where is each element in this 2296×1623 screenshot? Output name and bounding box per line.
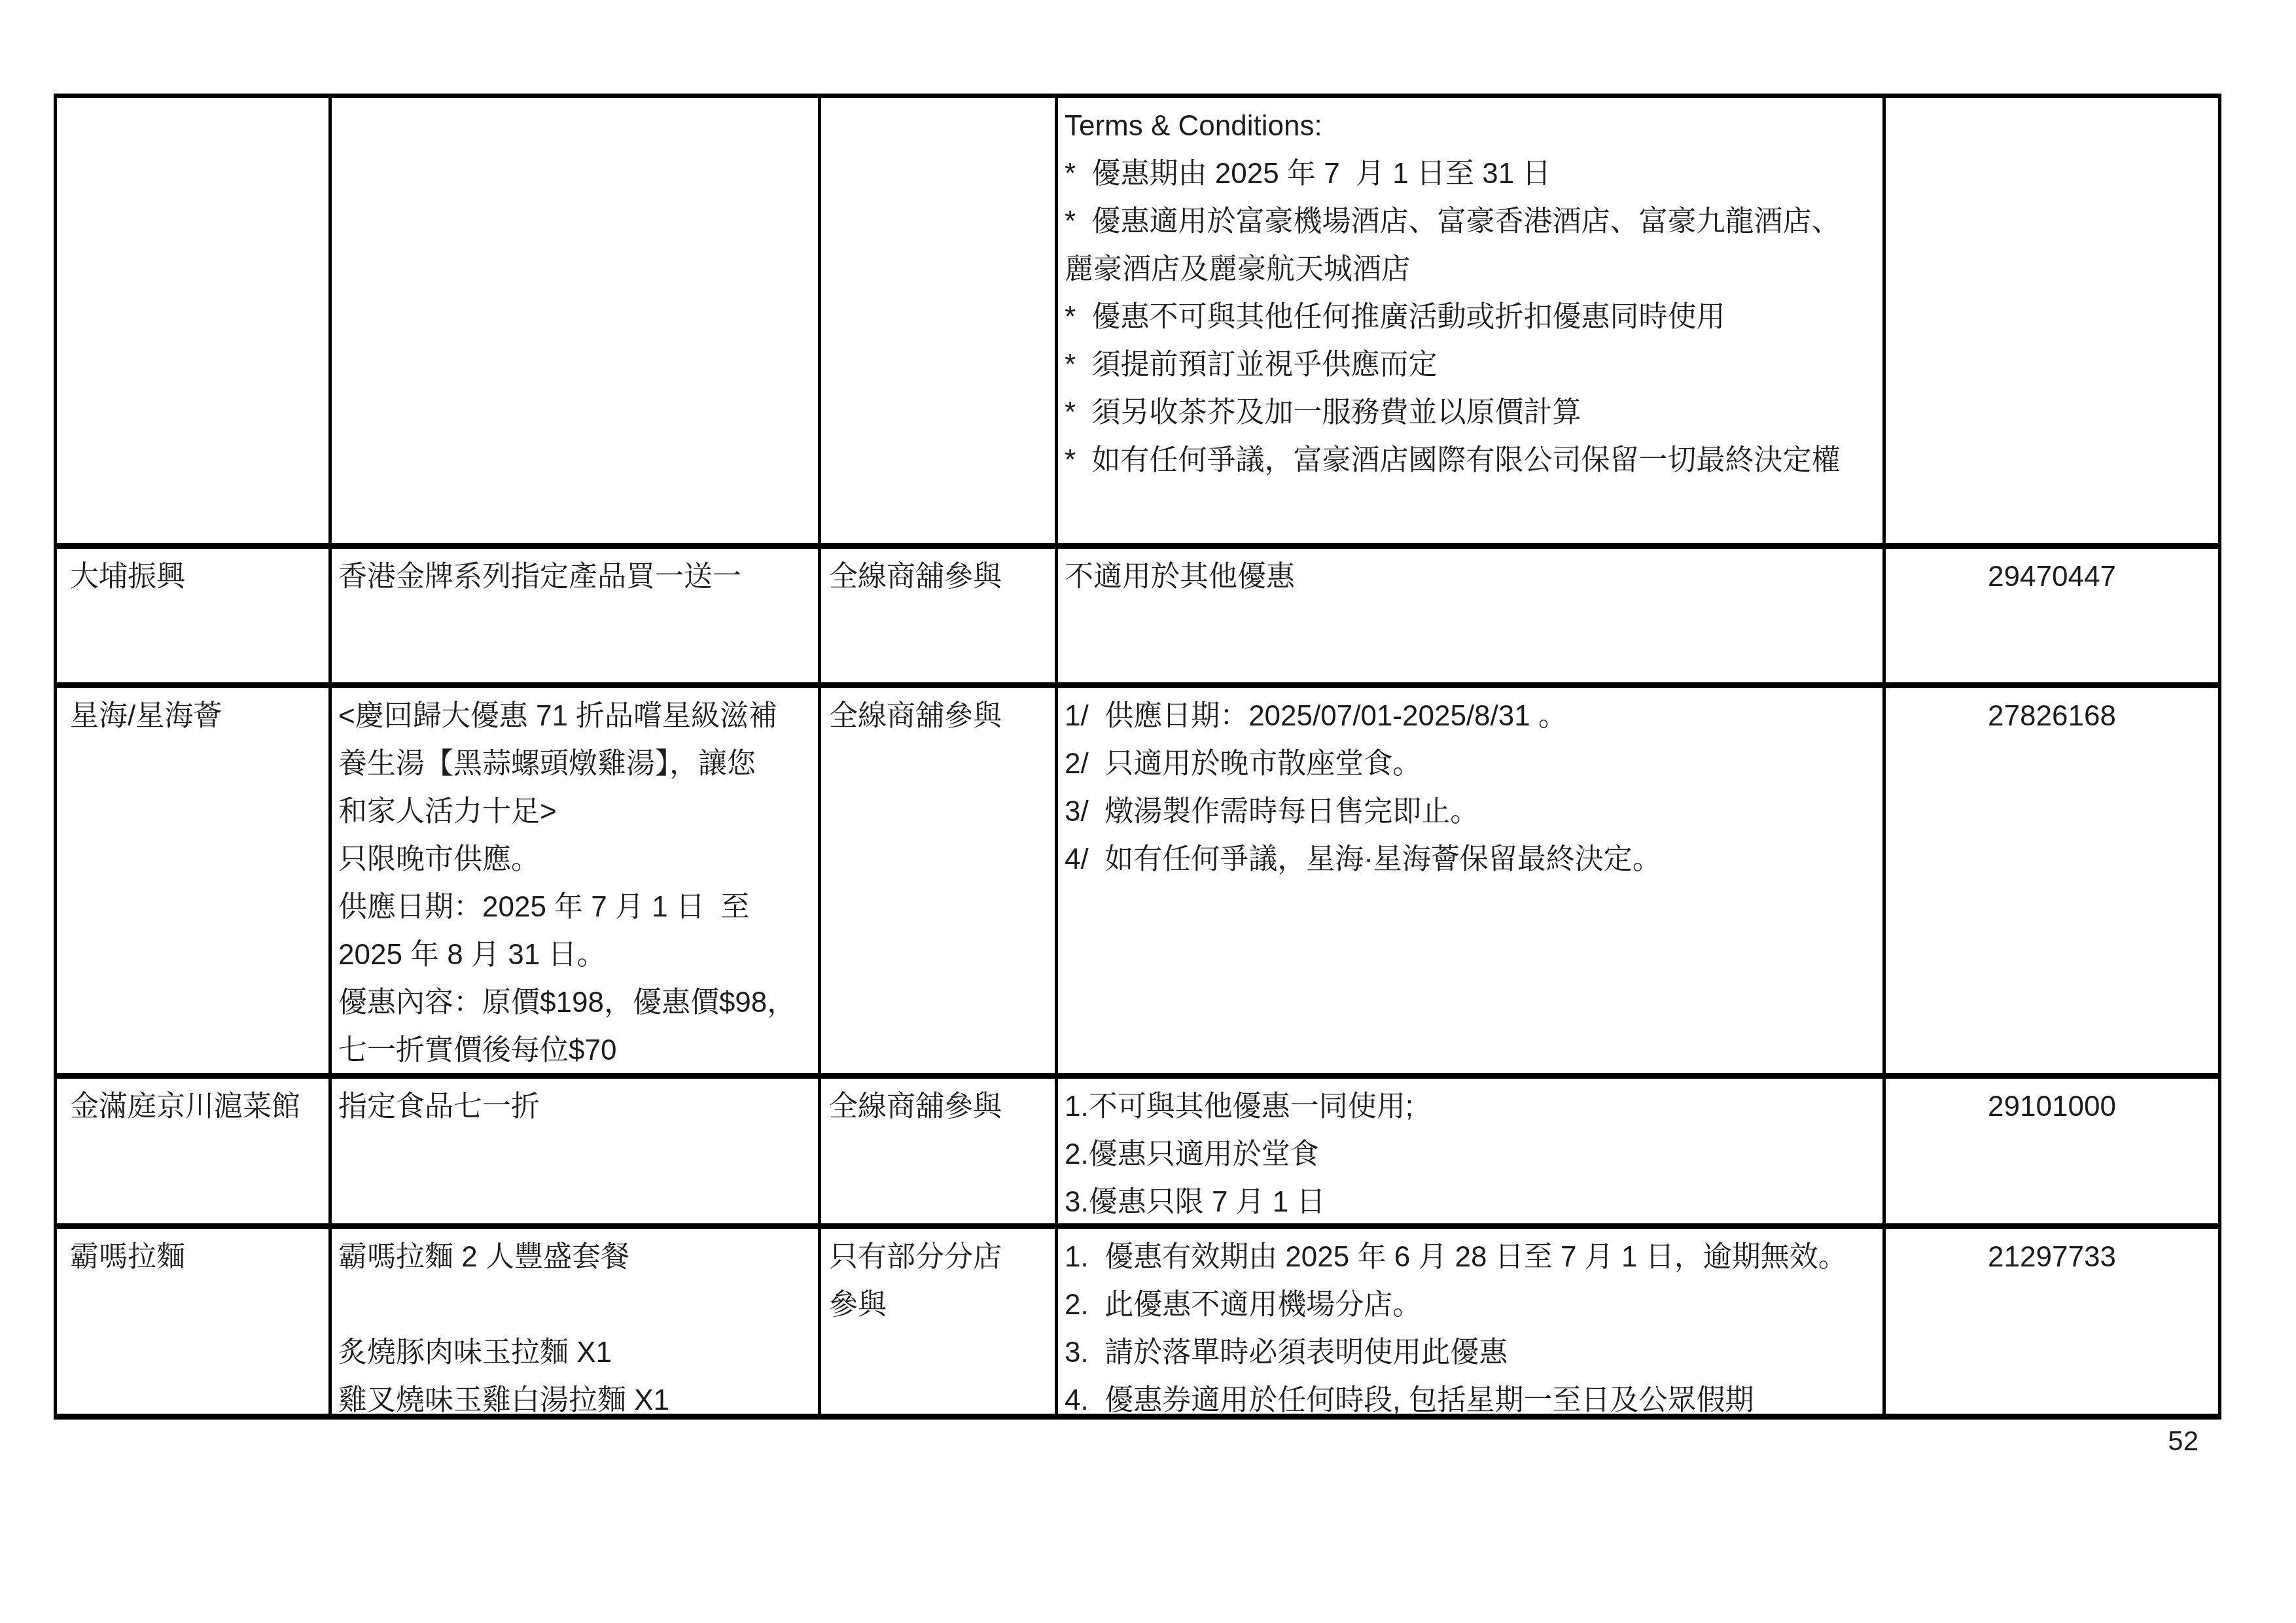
offer-cell	[332, 98, 821, 549]
offer-cell: <慶回歸大優惠 71 折品嚐星級滋補 養生湯【黑蒜螺頭燉雞湯】，讓您 和家人活力…	[332, 688, 821, 1079]
merchant-cell: 霸嗎拉麵	[57, 1229, 332, 1420]
terms-cell: 1.不可與其他優惠一同使用; 2.優惠只適用於堂食 3.優惠只限 7 月 1 日	[1058, 1079, 1886, 1229]
participation-cell: 全線商舖參與	[821, 549, 1058, 688]
offer-cell: 指定食品七一折	[332, 1079, 821, 1229]
terms-cell: 1/ 供應日期：2025/07/01-2025/8/31 。 2/ 只適用於晚市…	[1058, 688, 1886, 1079]
offers-table: Terms & Conditions: * 優惠期由 2025 年 7 月 1 …	[54, 94, 2221, 1420]
phone-cell: 21297733	[1886, 1229, 2221, 1420]
offer-cell: 香港金牌系列指定產品買一送一	[332, 549, 821, 688]
participation-cell	[821, 98, 1058, 549]
terms-cell: Terms & Conditions: * 優惠期由 2025 年 7 月 1 …	[1058, 98, 1886, 549]
phone-cell: 27826168	[1886, 688, 2221, 1079]
participation-cell: 全線商舖參與	[821, 688, 1058, 1079]
merchant-cell	[57, 98, 332, 549]
phone-cell	[1886, 98, 2221, 549]
merchant-cell: 星海/星海薈	[57, 688, 332, 1079]
participation-cell: 全線商舖參與	[821, 1079, 1058, 1229]
terms-cell: 不適用於其他優惠	[1058, 549, 1886, 688]
document-page: Terms & Conditions: * 優惠期由 2025 年 7 月 1 …	[0, 0, 2296, 1623]
terms-cell: 1. 優惠有效期由 2025 年 6 月 28 日至 7 月 1 日，逾期無效。…	[1058, 1229, 1886, 1420]
page-number: 52	[2168, 1426, 2199, 1456]
offer-cell: 霸嗎拉麵 2 人豐盛套餐 炙燒豚肉味玉拉麵 X1 雞叉燒味玉雞白湯拉麵 X1	[332, 1229, 821, 1420]
merchant-cell: 大埔振興	[57, 549, 332, 688]
phone-cell: 29101000	[1886, 1079, 2221, 1229]
merchant-cell: 金滿庭京川滬菜館	[57, 1079, 332, 1229]
phone-cell: 29470447	[1886, 549, 2221, 688]
participation-cell: 只有部分分店 參與	[821, 1229, 1058, 1420]
